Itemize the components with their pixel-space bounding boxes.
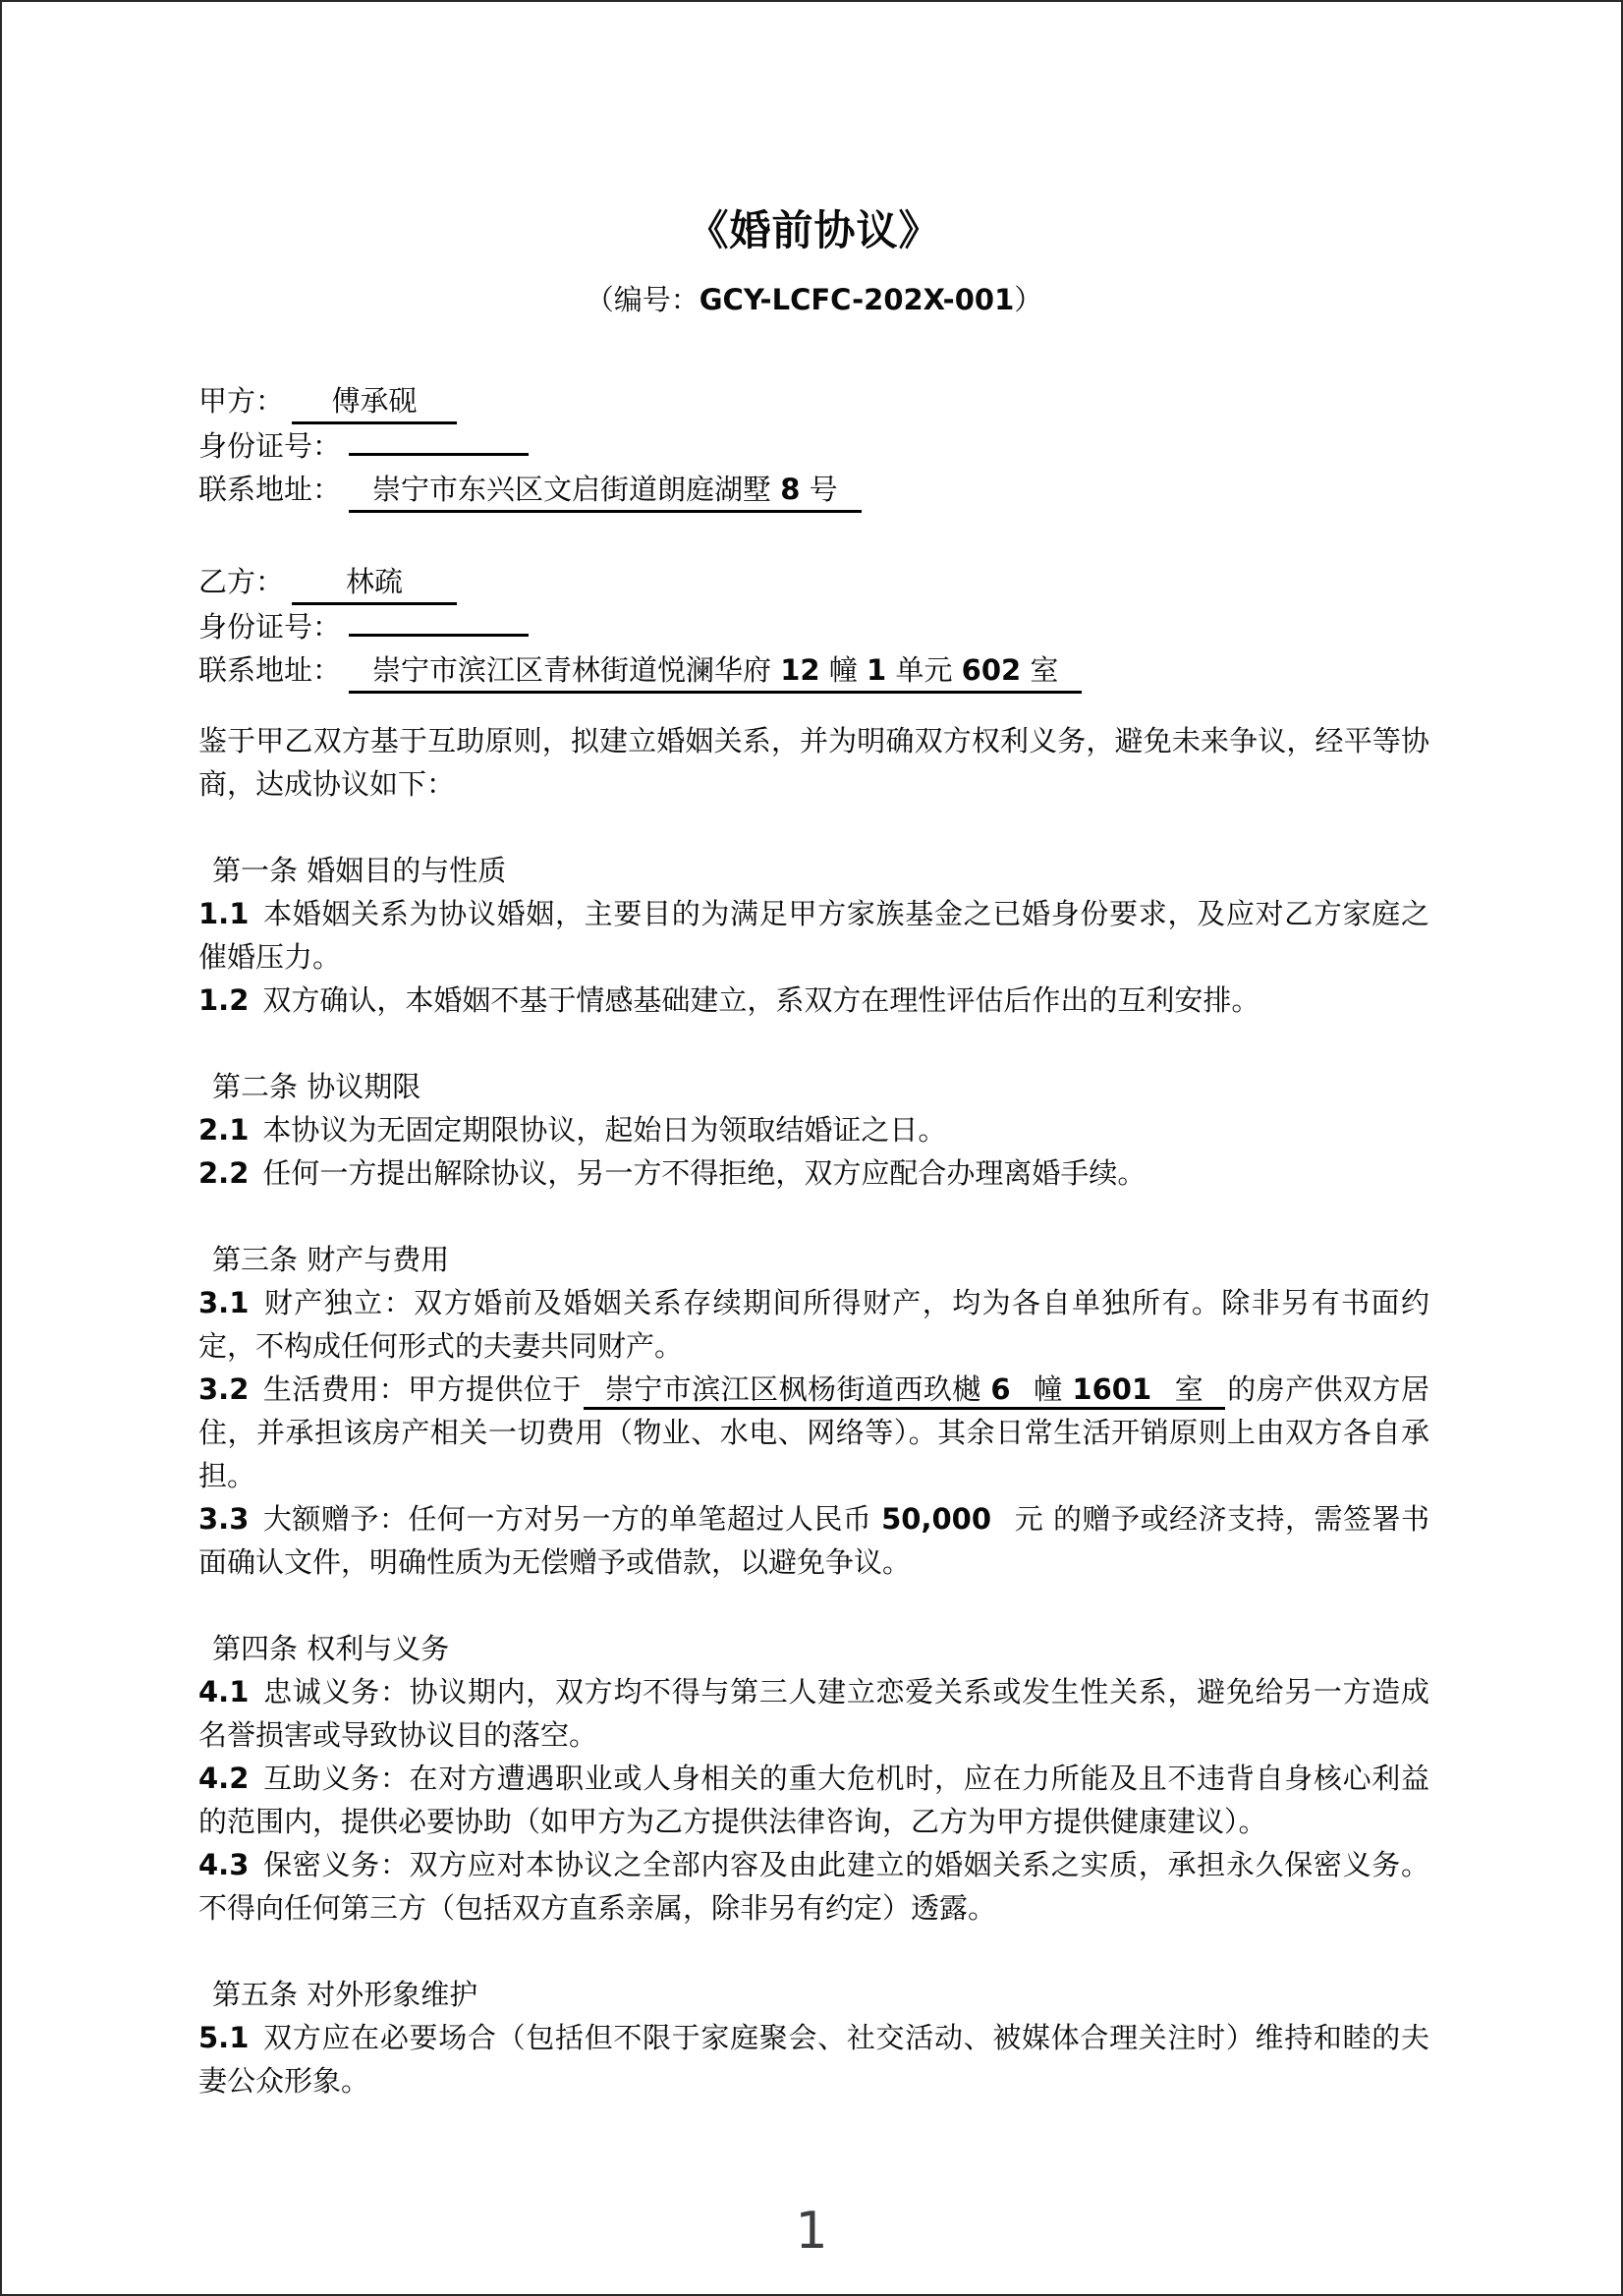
clause-4-2: 4.2互助义务：在对方遭遇职业或人身相关的重大危机时，应在力所能及且不违背自身核… [198,1757,1429,1843]
party-b-block: 乙方：林疏 身份证号： 联系地址：崇宁市滨江区青林街道悦澜华府 12 幢 1 单… [198,560,1429,694]
party-a-name-field: 傅承砚 [292,381,457,424]
party-a-id-label: 身份证号： [198,429,341,463]
clause-2-1: 2.1本协议为无固定期限协议，起始日为领取结婚证之日。 [198,1108,1429,1151]
clause-5-1: 5.1双方应在必要场合（包括但不限于家庭聚会、社交活动、被媒体合理关注时）维持和… [198,2016,1429,2102]
clause-3-1-text: 财产独立：双方婚前及婚姻关系存续期间所得财产，均为各自单独所有。除非另有书面约定… [198,1286,1429,1363]
clause-4-2-number: 4.2 [198,1762,249,1795]
clause-1-2: 1.2双方确认，本婚姻不基于情感基础建立，系双方在理性评估后作出的互利安排。 [198,979,1429,1022]
party-a-name-row: 甲方：傅承砚 [198,379,1429,424]
section-3: 第三条 财产与费用 3.1财产独立：双方婚前及婚姻关系存续期间所得财产，均为各自… [198,1238,1429,1584]
party-b-address-label: 联系地址： [198,653,341,687]
clause-4-2-text: 互助义务：在对方遭遇职业或人身相关的重大危机时，应在力所能及且不违背自身核心利益… [198,1762,1429,1838]
clause-4-3: 4.3保密义务：双方应对本协议之全部内容及由此建立的婚姻关系之实质，承担永久保密… [198,1843,1429,1930]
party-a-address-label: 联系地址： [198,473,341,506]
section-2: 第二条 协议期限 2.1本协议为无固定期限协议，起始日为领取结婚证之日。 2.2… [198,1065,1429,1195]
party-a-address-field: 崇宁市东兴区文启街道朗庭湖墅 8 号 [349,470,862,513]
clause-4-1-number: 4.1 [198,1675,249,1708]
document-number-suffix: ） [1014,283,1042,316]
clause-1-2-text: 双方确认，本婚姻不基于情感基础建立，系双方在理性评估后作出的互利安排。 [262,983,1259,1017]
party-b-role-label: 乙方： [198,565,284,598]
page-title: 《婚前协议》 [198,206,1429,255]
section-5-heading: 第五条 对外形象维护 [198,1973,1429,2016]
preamble-paragraph: 鉴于甲乙双方基于互助原则，拟建立婚姻关系，并为明确双方权利义务，避免未来争议，经… [198,719,1429,806]
clause-2-1-number: 2.1 [198,1113,249,1147]
party-b-id-row: 身份证号： [198,605,1429,648]
clause-4-1: 4.1忠诚义务：协议期内，双方均不得与第三人建立恋爱关系或发生性关系，避免给另一… [198,1670,1429,1757]
clause-3-3-number: 3.3 [198,1502,249,1536]
clause-3-2-text-pre: 生活费用：甲方提供位于 [262,1372,581,1406]
party-a-id-row: 身份证号： [198,424,1429,468]
document-page: 《婚前协议》 （编号：GCY-LCFC-202X-001） 甲方：傅承砚 身份证… [0,0,1623,2296]
party-b-name-field: 林疏 [292,562,457,605]
clause-3-2-number: 3.2 [198,1372,249,1406]
party-b-name-row: 乙方：林疏 [198,560,1429,605]
clause-2-1-text: 本协议为无固定期限协议，起始日为领取结婚证之日。 [262,1113,946,1147]
clause-2-2: 2.2任何一方提出解除协议，另一方不得拒绝，双方应配合办理离婚手续。 [198,1151,1429,1195]
clause-4-3-number: 4.3 [198,1848,249,1881]
party-b-id-field [349,633,529,637]
page-number: 1 [2,2206,1621,2257]
document-number-prefix: （编号： [586,283,700,316]
clause-4-3-text: 保密义务：双方应对本协议之全部内容及由此建立的婚姻关系之实质，承担永久保密义务。… [198,1848,1429,1925]
clause-3-1: 3.1财产独立：双方婚前及婚姻关系存续期间所得财产，均为各自单独所有。除非另有书… [198,1281,1429,1368]
clause-4-1-text: 忠诚义务：协议期内，双方均不得与第三人建立恋爱关系或发生性关系，避免给另一方造成… [198,1675,1429,1752]
section-2-heading: 第二条 协议期限 [198,1065,1429,1108]
clause-5-1-text: 双方应在必要场合（包括但不限于家庭聚会、社交活动、被媒体合理关注时）维持和睦的夫… [198,2021,1429,2098]
party-a-id-field [349,452,529,456]
section-4-heading: 第四条 权利与义务 [198,1627,1429,1670]
clause-3-2: 3.2生活费用：甲方提供位于崇宁市滨江区枫杨街道西玖樾 6 幢 1601 室的房… [198,1368,1429,1497]
party-a-block: 甲方：傅承砚 身份证号： 联系地址：崇宁市东兴区文启街道朗庭湖墅 8 号 [198,379,1429,513]
clause-3-3: 3.3大额赠予：任何一方对另一方的单笔超过人民币 50,000 元 的赠予或经济… [198,1497,1429,1584]
clause-1-1-text: 本婚姻关系为协议婚姻，主要目的为满足甲方家族基金之已婚身份要求，及应对乙方家庭之… [198,897,1429,974]
section-1: 第一条 婚姻目的与性质 1.1本婚姻关系为协议婚姻，主要目的为满足甲方家族基金之… [198,849,1429,1022]
clause-3-1-number: 3.1 [198,1286,249,1319]
clause-2-2-number: 2.2 [198,1156,249,1190]
clause-3-3-text: 大额赠予：任何一方对另一方的单笔超过人民币 50,000 元 的赠予或经济支持，… [198,1502,1429,1579]
clause-1-2-number: 1.2 [198,983,249,1017]
section-4: 第四条 权利与义务 4.1忠诚义务：协议期内，双方均不得与第三人建立恋爱关系或发… [198,1627,1429,1930]
party-b-address-row: 联系地址：崇宁市滨江区青林街道悦澜华府 12 幢 1 单元 602 室 [198,648,1429,694]
party-b-id-label: 身份证号： [198,610,341,644]
document-number-code: GCY-LCFC-202X-001 [700,283,1015,316]
clause-5-1-number: 5.1 [198,2021,249,2054]
section-3-heading: 第三条 财产与费用 [198,1238,1429,1281]
clause-2-2-text: 任何一方提出解除协议，另一方不得拒绝，双方应配合办理离婚手续。 [262,1156,1146,1190]
party-a-role-label: 甲方： [198,384,284,418]
section-5: 第五条 对外形象维护 5.1双方应在必要场合（包括但不限于家庭聚会、社交活动、被… [198,1973,1429,2102]
document-number-line: （编号：GCY-LCFC-202X-001） [198,281,1429,318]
party-b-address-field: 崇宁市滨江区青林街道悦澜华府 12 幢 1 单元 602 室 [349,650,1082,694]
clause-1-1-number: 1.1 [198,897,249,930]
clause-1-1: 1.1本婚姻关系为协议婚姻，主要目的为满足甲方家族基金之已婚身份要求，及应对乙方… [198,892,1429,979]
clause-3-2-address-field: 崇宁市滨江区枫杨街道西玖樾 6 幢 1601 室 [584,1372,1225,1410]
section-1-heading: 第一条 婚姻目的与性质 [198,849,1429,892]
document-content: 《婚前协议》 （编号：GCY-LCFC-202X-001） 甲方：傅承砚 身份证… [2,206,1621,2102]
party-a-address-row: 联系地址：崇宁市东兴区文启街道朗庭湖墅 8 号 [198,468,1429,513]
